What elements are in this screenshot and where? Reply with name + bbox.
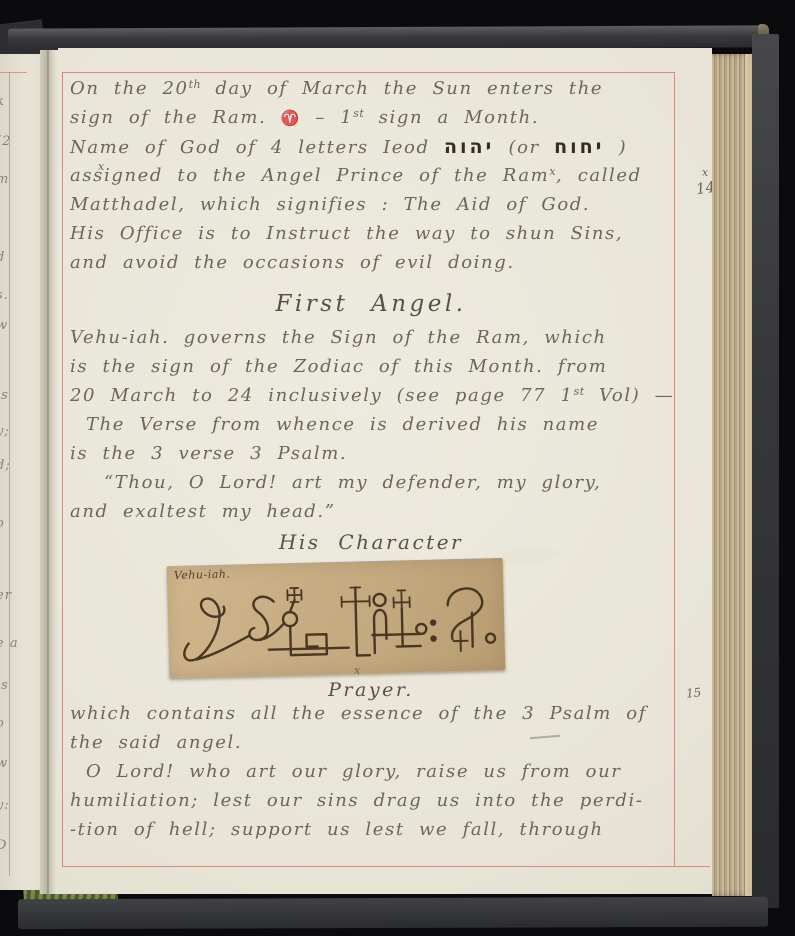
handwritten-line: sign of the Ram. ♈ – 1st sign a Month. [70, 107, 672, 136]
facing-page-ruled-line [0, 72, 27, 73]
text-segment: is the 3 verse 3 Psalm. [70, 443, 347, 464]
caret-annotation: x [98, 160, 104, 173]
sigil-slip: Vehu-iah. [167, 558, 506, 678]
handwritten-line: assigned to the Angel Prince of the Ramx… [70, 165, 672, 194]
manuscript-page: On the 20th day of March the Sun enters … [58, 48, 712, 894]
text-segment: and avoid the occasions of evil doing. [70, 252, 515, 273]
text-segment: – 1 [301, 107, 353, 128]
hebrew-text: יחוח [554, 136, 604, 158]
ruled-border-right [674, 72, 675, 866]
text-fragment: s. [0, 288, 9, 303]
text-fragment: d [0, 250, 5, 265]
text-segment: the said angel. [70, 732, 242, 753]
text-segment: His Character [279, 530, 463, 554]
text-fragment: o [0, 516, 5, 531]
text-segment: day of March the Sun enters the [201, 78, 603, 99]
text-segment: The Verse from whence is derived his nam… [86, 414, 599, 435]
text-segment: sign a Month. [364, 107, 539, 128]
text-fragment: o [0, 716, 5, 731]
section-heading: His Character [70, 530, 672, 557]
handwritten-line: O Lord! who art our glory, raise us from… [70, 761, 672, 790]
handwritten-line: and exaltest my head.” [70, 501, 672, 530]
handwritten-line: -tion of hell; support us lest we fall, … [70, 819, 672, 848]
handwritten-line: Name of God of 4 letters Ieod יהוה (or י… [70, 136, 672, 165]
handwritten-line: the said angel. [70, 732, 672, 761]
handwritten-line: is the 3 verse 3 Psalm. [70, 443, 672, 472]
book-cover-right-edge [752, 34, 779, 908]
prayer-caret-annotation: x [354, 664, 360, 677]
text-segment: Vehu-iah. governs the Sign of the Ram, w… [70, 327, 607, 348]
book-cover-top-edge [8, 25, 768, 50]
text-segment: and exaltest my head.” [70, 501, 336, 522]
text-segment: ) [604, 137, 627, 158]
text-segment: assigned to the Angel Prince of the Ram [70, 165, 549, 186]
handwritten-line: “Thou, O Lord! art my defender, my glory… [70, 472, 672, 501]
handwritten-line: Vehu-iah. governs the Sign of the Ram, w… [70, 327, 672, 356]
text-fragment: (2 [0, 134, 11, 149]
text-segment: Matthadel, which signifies : The Aid of … [70, 194, 590, 215]
text-segment: ♈ [281, 109, 301, 127]
text-fragment: D [0, 838, 7, 853]
text-segment: On the 20 [70, 78, 189, 99]
text-fragment: w [0, 756, 8, 771]
text-segment: Vol) — [585, 385, 675, 406]
text-fragment: is [0, 678, 9, 693]
text-fragment: is [0, 388, 9, 403]
margin-note-number: 15 [685, 685, 702, 701]
handwritten-line: 20 March to 24 inclusively (see page 77 … [70, 385, 672, 414]
text-fragment: y; [0, 424, 10, 439]
section-heading: First Angel. [70, 281, 672, 327]
text-fragment: w [0, 318, 8, 333]
text-segment: -tion of hell; support us lest we fall, … [70, 819, 604, 840]
text-segment: , called [556, 165, 642, 186]
section-heading: Prayer. [70, 677, 672, 703]
text-segment: His Office is to Instruct the way to shu… [70, 223, 623, 244]
page-fore-edge [712, 54, 752, 896]
sigil-strokes [183, 583, 496, 660]
book-cover-bottom-edge [18, 897, 768, 930]
text-segment: O Lord! who art our glory, raise us from… [86, 761, 621, 782]
text-segment: Prayer. [328, 679, 414, 701]
text-fragment: d; [0, 458, 11, 473]
handwritten-line: On the 20th day of March the Sun enters … [70, 78, 672, 107]
handwritten-line: Matthadel, which signifies : The Aid of … [70, 194, 672, 223]
text-segment: humiliation; lest our sins drag us into … [70, 790, 644, 811]
facing-page-edge: k(2mds.wisy;d;oere aisowy:D [0, 54, 40, 890]
text-segment: sign of the Ram. [70, 107, 281, 128]
text-segment: st [574, 385, 585, 398]
handwritten-line: and avoid the occasions of evil doing. [70, 252, 672, 281]
text-segment: First Angel. [275, 291, 466, 317]
text-segment: “Thou, O Lord! art my defender, my glory… [104, 472, 601, 493]
photo-backdrop: k(2mds.wisy;d;oere aisowy:D On the 20th … [0, 0, 795, 936]
text-segment: is the sign of the Zodiac of this Month.… [70, 356, 607, 377]
book-gutter [40, 50, 58, 894]
ruled-border-top [62, 72, 674, 73]
text-fragment: e a [0, 636, 19, 651]
vehuiah-sigil-drawing [173, 574, 499, 668]
handwritten-text-block: On the 20th day of March the Sun enters … [70, 78, 672, 848]
ruled-border-left [62, 72, 63, 866]
text-fragment: y: [0, 798, 10, 813]
facing-page-margin-line [9, 72, 10, 876]
handwritten-line: The Verse from whence is derived his nam… [70, 414, 672, 443]
ruled-border-bottom [62, 866, 710, 867]
handwritten-line: humiliation; lest our sins drag us into … [70, 790, 672, 819]
text-fragment: er [0, 588, 12, 603]
text-fragment: m [0, 172, 9, 187]
text-fragment: k [0, 94, 5, 109]
hebrew-text: יהוה [444, 136, 494, 158]
text-segment: th [189, 78, 202, 91]
text-segment: st [353, 107, 364, 120]
text-segment: which contains all the essence of the 3 … [70, 703, 647, 724]
text-segment: (or [494, 137, 554, 158]
handwritten-line: is the sign of the Zodiac of this Month.… [70, 356, 672, 385]
margin-x-mark: x [702, 166, 708, 179]
text-segment: 20 March to 24 inclusively (see page 77 … [70, 385, 574, 406]
handwritten-line: His Office is to Instruct the way to shu… [70, 223, 672, 252]
text-segment: Name of God of 4 letters Ieod [70, 137, 444, 158]
handwritten-line: which contains all the essence of the 3 … [70, 703, 672, 732]
